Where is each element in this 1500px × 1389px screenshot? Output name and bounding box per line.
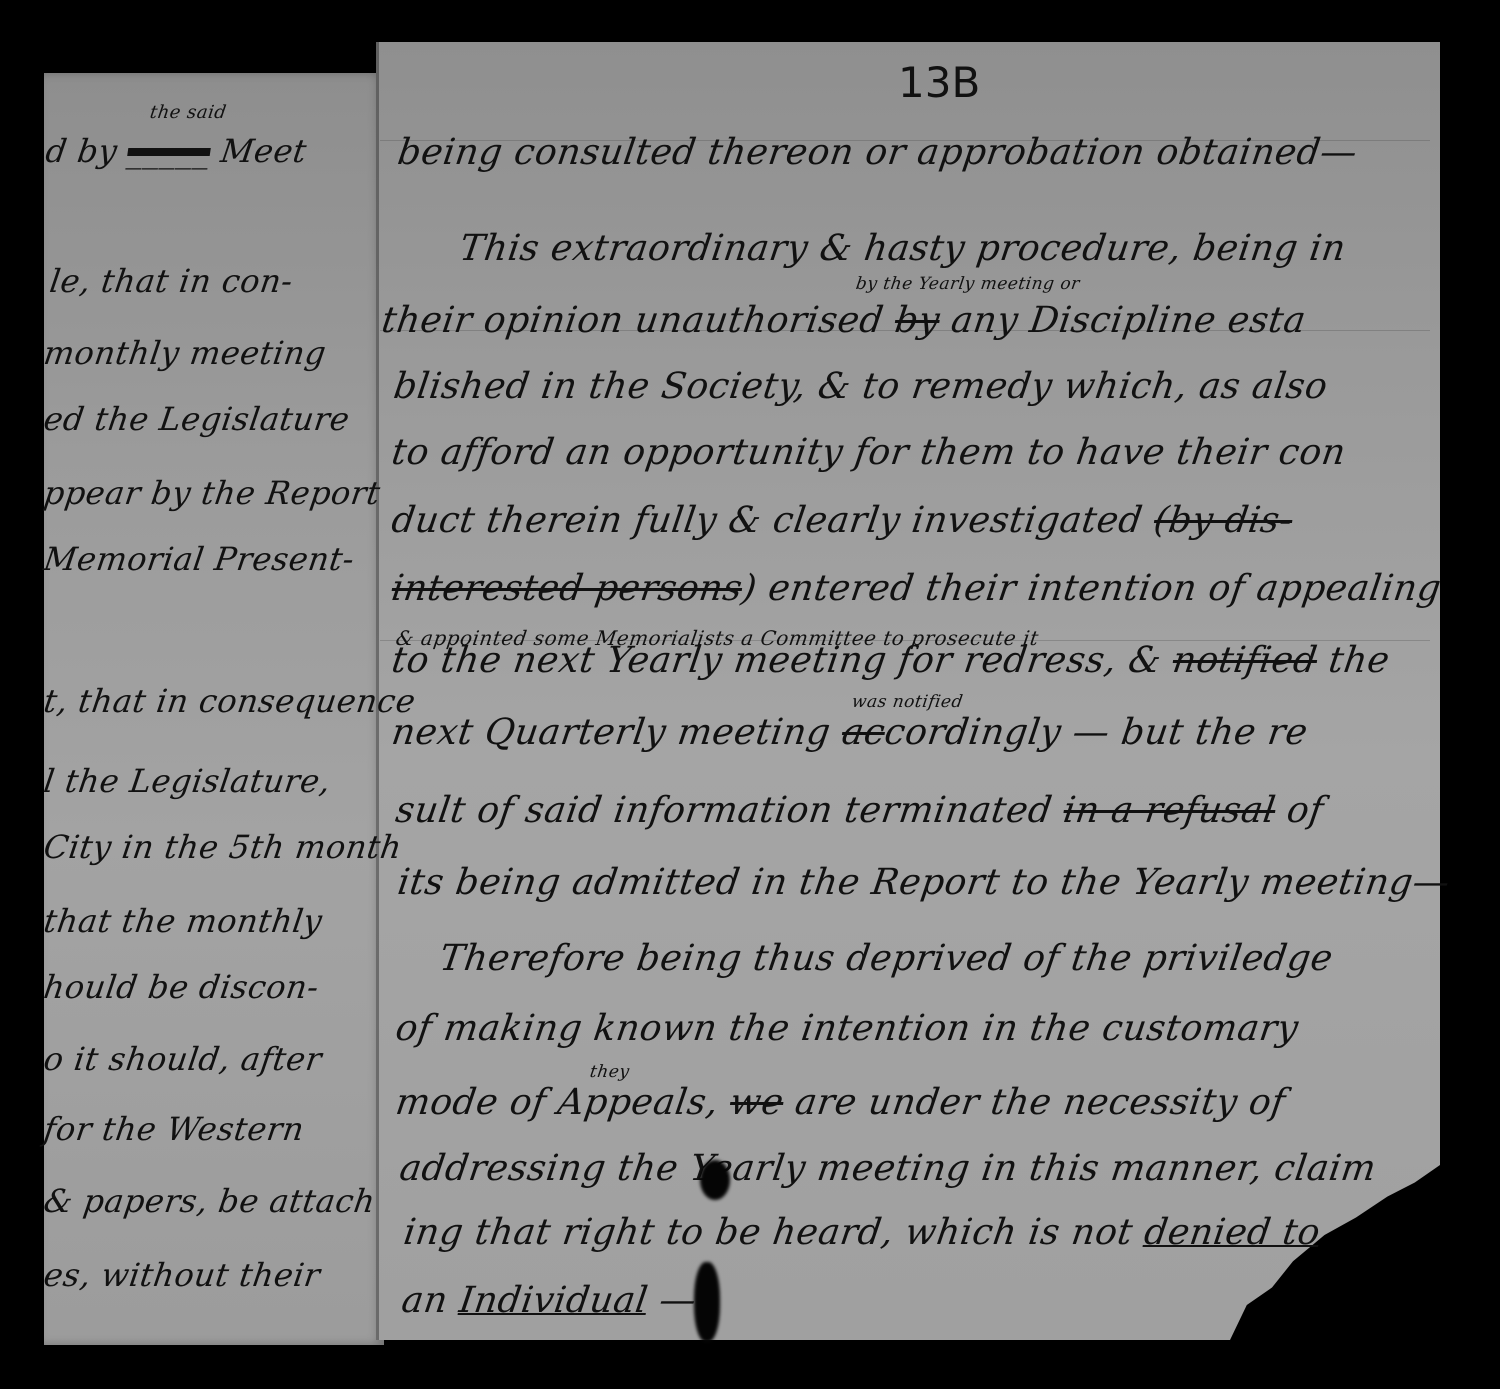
manuscript-line: its being admitted in the Report to the … xyxy=(395,862,1452,903)
fragment-line: d by _____ Meet xyxy=(43,132,309,170)
fragment-line: es, without their xyxy=(41,1256,322,1294)
line-text: ) entered their intention of appealing xyxy=(739,568,1444,609)
line-text: This extraordinary & hasty procedure, be… xyxy=(457,228,1348,269)
insertion-text: by the Yearly meeting or xyxy=(855,274,1082,294)
insertion-text: they xyxy=(589,1062,631,1082)
line-text: any Discipline esta xyxy=(937,300,1309,341)
line-text: an xyxy=(399,1280,462,1321)
line-text: ed the Legislature xyxy=(41,400,352,438)
line-text: ppear by the Report xyxy=(41,474,383,512)
struck-text: by xyxy=(892,300,942,341)
fragment-line: hould be discon- xyxy=(41,968,321,1006)
line-text: for the Western xyxy=(41,1110,306,1148)
manuscript-line: duct therein fully & clearly investigate… xyxy=(389,500,1295,541)
line-text: hould be discon- xyxy=(41,968,321,1006)
manuscript-line: blished in the Society, & to remedy whic… xyxy=(391,366,1330,407)
line-text: monthly meeting xyxy=(41,334,328,372)
line-text: addressing the Yearly meeting in this ma… xyxy=(397,1148,1379,1189)
line-text: their opinion unauthorised xyxy=(379,300,898,341)
interlinear-insertion: was notified xyxy=(851,692,965,712)
manuscript-line: interested persons) entered their intent… xyxy=(389,568,1444,609)
underlined-text: Individual xyxy=(457,1280,651,1321)
manuscript-line: ing that right to be heard, which is not… xyxy=(401,1212,1323,1253)
line-text: ing that right to be heard, which is not xyxy=(401,1212,1147,1253)
struck-text: _____ xyxy=(125,132,213,170)
fragment-line: & papers, be attach xyxy=(41,1182,378,1220)
line-text: o it should, after xyxy=(41,1040,324,1078)
fragment-line: Memorial Present- xyxy=(41,540,357,578)
struck-text: (by dis- xyxy=(1151,500,1295,541)
line-text: its being admitted in the Report to the … xyxy=(395,862,1452,903)
insertion-text: the said xyxy=(149,102,228,123)
line-text: duct therein fully & clearly investigate… xyxy=(389,500,1157,541)
line-text: Memorial Present- xyxy=(41,540,357,578)
manuscript-line: being consulted thereon or approbation o… xyxy=(395,132,1360,173)
line-text: t, that in consequence xyxy=(41,682,418,720)
interlinear-insertion: by the Yearly meeting or xyxy=(855,274,1082,294)
ink-blot xyxy=(700,1160,730,1200)
line-text: that the monthly xyxy=(41,902,324,940)
fragment-line: that the monthly xyxy=(41,902,324,940)
manuscript-line: mode of Appeals, we are under the necess… xyxy=(393,1082,1288,1123)
manuscript-line: to the next Yearly meeting for redress, … xyxy=(389,640,1392,681)
manuscript-line: Therefore being thus deprived of the pri… xyxy=(437,938,1335,979)
struck-text: ac xyxy=(839,712,887,753)
fragment-line: t, that in consequence xyxy=(41,682,418,720)
manuscript-line: to afford an opportunity for them to hav… xyxy=(389,432,1348,473)
interlinear-insertion: they xyxy=(589,1062,631,1082)
line-text: blished in the Society, & to remedy whic… xyxy=(391,366,1330,407)
line-text: l the Legislature, xyxy=(41,762,333,800)
line-text: of xyxy=(1272,790,1326,831)
insertion-text: was notified xyxy=(851,692,965,712)
line-text: cordingly — but the re xyxy=(882,712,1310,753)
line-text: d by xyxy=(43,132,130,170)
line-text: next Quarterly meeting xyxy=(389,712,845,753)
page-number: 13B xyxy=(898,58,980,107)
fragment-line: for the Western xyxy=(41,1110,306,1148)
fragment-line: le, that in con- xyxy=(47,262,295,300)
struck-text: we xyxy=(727,1082,786,1123)
line-text: City in the 5th month xyxy=(41,828,404,866)
line-text: of making known the intention in the cus… xyxy=(393,1008,1301,1049)
line-text: — xyxy=(645,1280,699,1321)
line-text: le, that in con- xyxy=(47,262,295,300)
line-text: being consulted thereon or approbation o… xyxy=(395,132,1360,173)
manuscript-line: This extraordinary & hasty procedure, be… xyxy=(457,228,1348,269)
scanned-manuscript: 13B being consulted thereon or approbati… xyxy=(0,0,1500,1389)
fragment-line: City in the 5th month xyxy=(41,828,404,866)
manuscript-line: of making known the intention in the cus… xyxy=(393,1008,1301,1049)
line-text: the xyxy=(1314,640,1392,681)
manuscript-line: sult of said information terminated in a… xyxy=(393,790,1326,831)
fragment-line: l the Legislature, xyxy=(41,762,333,800)
line-text: & papers, be attach xyxy=(41,1182,378,1220)
fragment-line: ed the Legislature xyxy=(41,400,352,438)
fragment-line: monthly meeting xyxy=(41,334,328,372)
struck-text: in a refusal xyxy=(1061,790,1278,831)
line-text: are under the necessity of xyxy=(781,1082,1289,1123)
line-text: sult of said information terminated xyxy=(393,790,1067,831)
manuscript-line: an Individual — xyxy=(399,1280,699,1321)
line-text: Meet xyxy=(208,132,310,170)
ink-blot xyxy=(694,1262,720,1342)
line-text: es, without their xyxy=(41,1256,322,1294)
struck-text: notified xyxy=(1170,640,1320,681)
manuscript-line: addressing the Yearly meeting in this ma… xyxy=(397,1148,1379,1189)
interlinear-insertion: the said xyxy=(149,102,228,123)
fragment-line: ppear by the Report xyxy=(41,474,383,512)
underlined-text: denied to xyxy=(1142,1212,1323,1253)
line-text: to afford an opportunity for them to hav… xyxy=(389,432,1348,473)
line-text: to the next Yearly meeting for redress, … xyxy=(389,640,1176,681)
line-text: mode of Appeals, xyxy=(393,1082,733,1123)
struck-text: interested persons xyxy=(389,568,745,609)
manuscript-line: next Quarterly meeting accordingly — but… xyxy=(389,712,1310,753)
fragment-line: o it should, after xyxy=(41,1040,324,1078)
manuscript-line: their opinion unauthorised by any Discip… xyxy=(379,300,1308,341)
line-text: Therefore being thus deprived of the pri… xyxy=(437,938,1335,979)
